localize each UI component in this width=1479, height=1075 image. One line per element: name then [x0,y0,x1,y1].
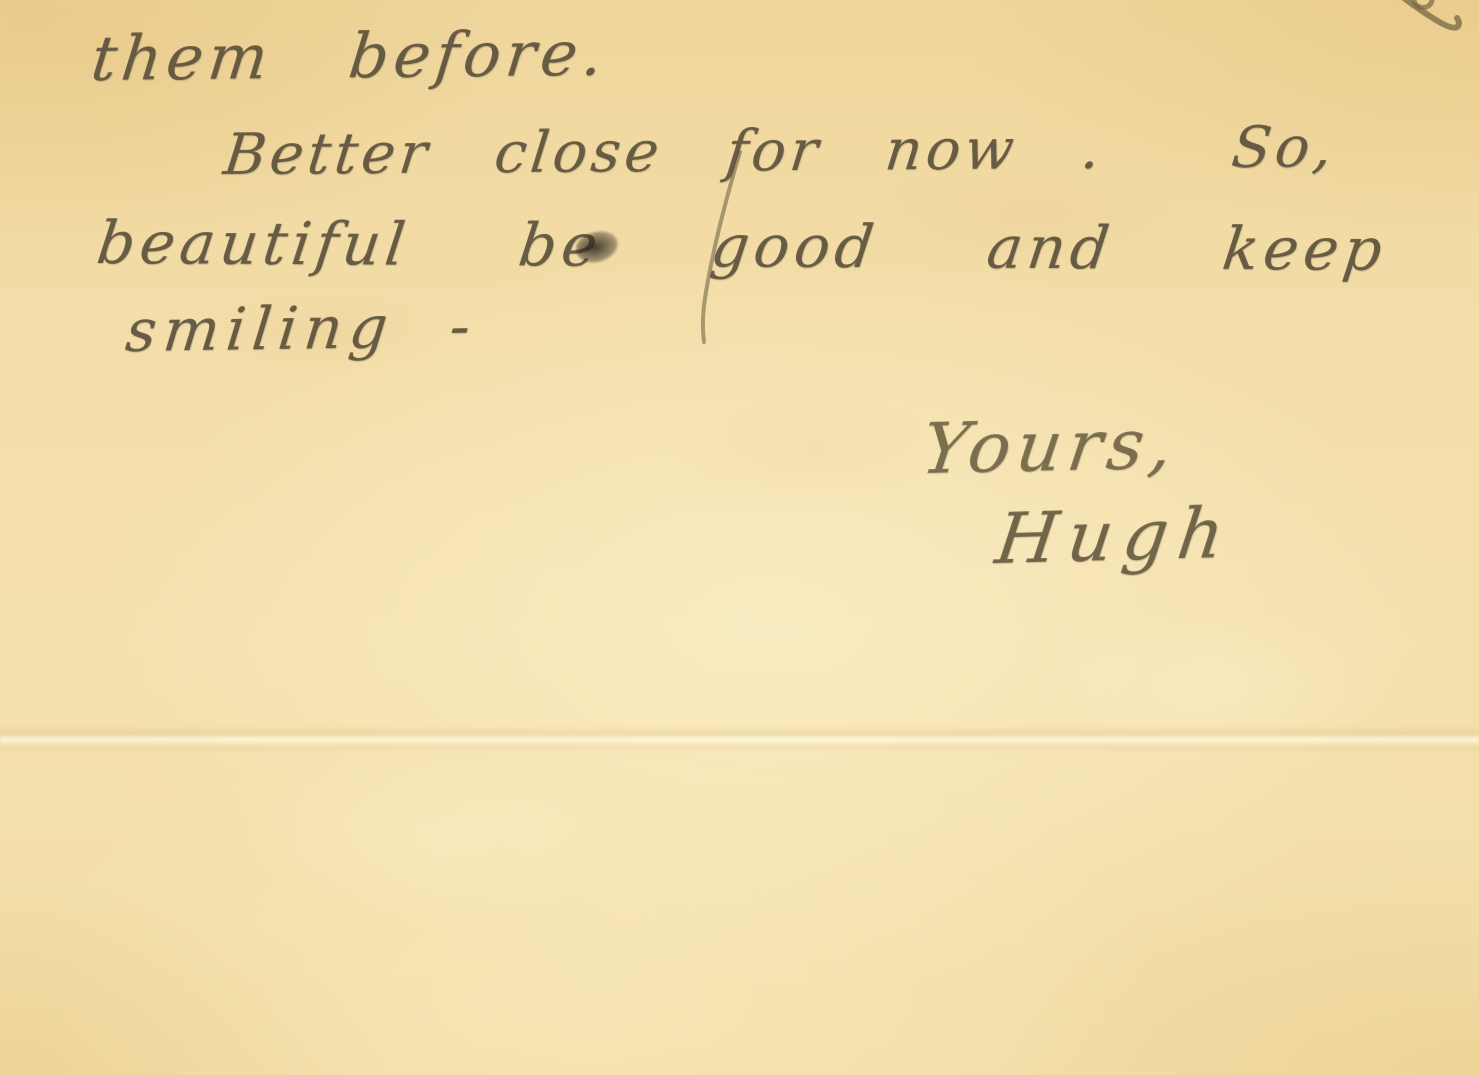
fold-crease [0,726,1479,752]
cutoff-pen-stroke-icon [1358,0,1479,70]
scanned-letter-page: them before. Better close for now . So, … [0,0,1479,1075]
signature-name: Hugh [991,492,1239,580]
handwritten-line-3: beautiful be good and keep [93,208,1391,284]
handwritten-line-2: Better close for now . So, [220,114,1339,188]
handwritten-line-4: smiling - [122,291,480,365]
handwritten-line-1: them before. [88,17,612,95]
signature-closing: Yours, [917,403,1184,490]
